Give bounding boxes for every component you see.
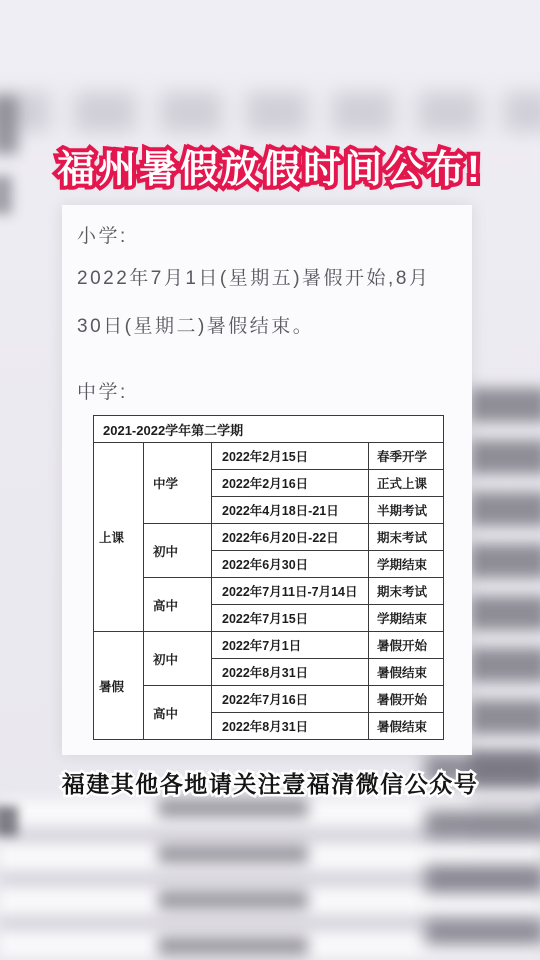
table-cell-date: 2022年7月15日 (212, 605, 369, 632)
table-cell-event: 暑假结束 (369, 659, 444, 686)
table-cell-event: 期末考试 (369, 578, 444, 605)
table-row: 暑假初中2022年7月1日暑假开始 (94, 632, 444, 659)
table-cell-date: 2022年2月15日 (212, 443, 369, 470)
table-header-cell: 2021-2022学年第二学期 (94, 416, 444, 443)
table-row: 高中2022年7月11日-7月14日期末考试 (94, 578, 444, 605)
table-header-row: 2021-2022学年第二学期 (94, 416, 444, 443)
table-cell-group: 暑假 (94, 632, 144, 740)
table-cell-level: 中学 (144, 443, 212, 524)
table-cell-event: 暑假结束 (369, 713, 444, 740)
secondary-school-label: 中学: (77, 377, 128, 404)
primary-school-dates-line2: 30日(星期二)暑假结束。 (77, 311, 314, 338)
table-cell-date: 2022年6月30日 (212, 551, 369, 578)
table-cell-event: 春季开学 (369, 443, 444, 470)
table-cell-event: 学期结束 (369, 605, 444, 632)
table-cell-level: 初中 (144, 524, 212, 578)
announcement-card: 小学: 2022年7月1日(星期五)暑假开始,8月 30日(星期二)暑假结束。 … (62, 205, 472, 755)
blurred-background-stripes (0, 800, 540, 960)
table-cell-date: 2022年8月31日 (212, 659, 369, 686)
table-cell-date: 2022年7月1日 (212, 632, 369, 659)
table-cell-date: 2022年2月16日 (212, 470, 369, 497)
table-cell-date: 2022年8月31日 (212, 713, 369, 740)
table-row: 上课中学2022年2月15日春季开学 (94, 443, 444, 470)
table-cell-level: 高中 (144, 578, 212, 632)
headline-title: 福州暑假放假时间公布! (0, 138, 540, 193)
table-row: 高中2022年7月16日暑假开始 (94, 686, 444, 713)
schedule-table: 2021-2022学年第二学期 上课中学2022年2月15日春季开学2022年2… (93, 415, 444, 740)
table-cell-date: 2022年7月11日-7月14日 (212, 578, 369, 605)
blurred-background-blob (0, 806, 18, 836)
blurred-background-text-bar (0, 92, 540, 132)
table-cell-event: 暑假开始 (369, 686, 444, 713)
primary-school-dates-line1: 2022年7月1日(星期五)暑假开始,8月 (77, 263, 430, 290)
table-row: 初中2022年6月20日-22日期末考试 (94, 524, 444, 551)
table-cell-event: 期末考试 (369, 524, 444, 551)
video-frame: 福州暑假放假时间公布! 小学: 2022年7月1日(星期五)暑假开始,8月 30… (0, 0, 540, 960)
table-cell-event: 正式上课 (369, 470, 444, 497)
table-cell-level: 初中 (144, 632, 212, 686)
schedule-table-body: 2021-2022学年第二学期 上课中学2022年2月15日春季开学2022年2… (94, 416, 444, 740)
table-cell-event: 暑假开始 (369, 632, 444, 659)
table-cell-group: 上课 (94, 443, 144, 632)
table-cell-event: 半期考试 (369, 497, 444, 524)
table-cell-date: 2022年4月18日-21日 (212, 497, 369, 524)
blurred-background-rows (158, 798, 308, 960)
table-cell-date: 2022年7月16日 (212, 686, 369, 713)
table-cell-event: 学期结束 (369, 551, 444, 578)
primary-school-label: 小学: (77, 221, 128, 248)
table-cell-level: 高中 (144, 686, 212, 740)
table-cell-date: 2022年6月20日-22日 (212, 524, 369, 551)
footer-caption: 福建其他各地请关注壹福清微信公众号 (0, 766, 540, 799)
